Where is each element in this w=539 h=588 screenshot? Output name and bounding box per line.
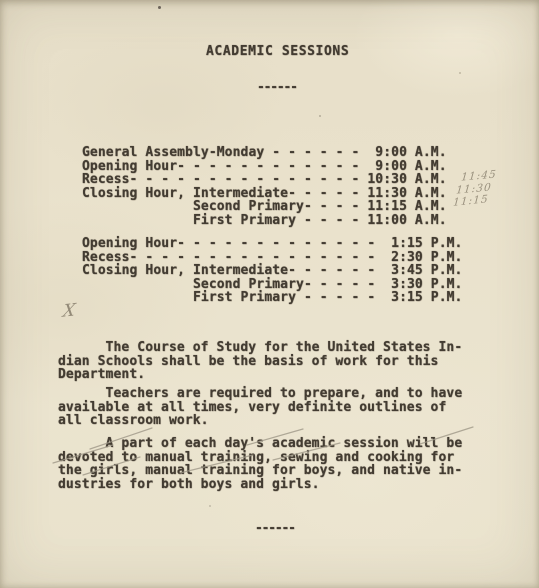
afternoon-schedule: Opening Hour- - - - - - - - - - - - - 1:…: [82, 237, 462, 305]
paper-speck: [209, 505, 211, 507]
handwritten-time-correction: 11:15: [453, 194, 489, 209]
pencil-x-mark: X: [62, 305, 76, 317]
paper-speck: [459, 72, 461, 74]
paper-speck: [319, 115, 321, 117]
paragraph-teachers-outlines: Teachers are required to prepare, and to…: [58, 387, 462, 428]
morning-schedule: General Assembly-Monday - - - - - - 9:00…: [82, 146, 447, 227]
page-title: ACADEMIC SESSIONS: [206, 45, 349, 59]
document-page: ACADEMIC SESSIONS ------ General Assembl…: [0, 0, 539, 588]
paper-speck: [158, 6, 161, 9]
paragraph-manual-training: A part of each day's academic session wi…: [58, 437, 462, 491]
separator-dashes-bottom: ------: [255, 522, 295, 536]
separator-dashes-top: ------: [257, 81, 297, 95]
paragraph-course-of-study: The Course of Study for the United State…: [58, 341, 462, 382]
